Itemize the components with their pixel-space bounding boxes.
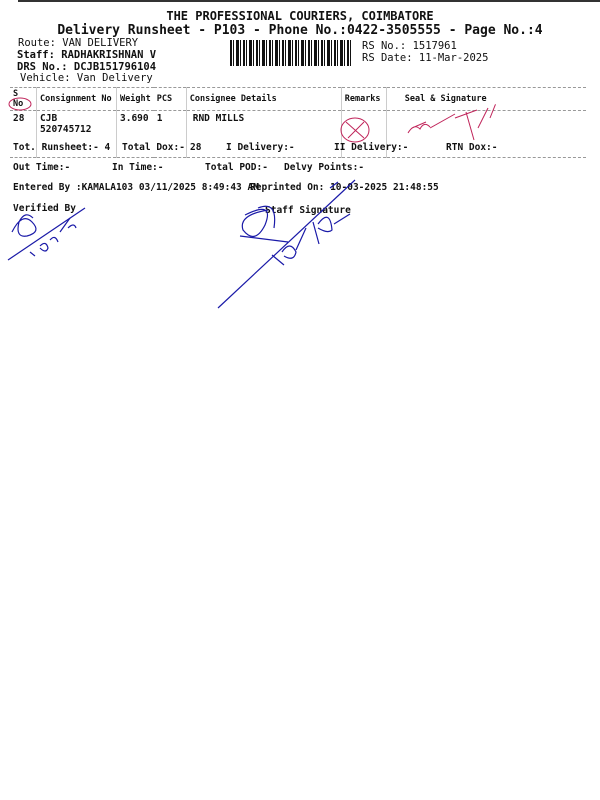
handwritten-ink-icon [0, 0, 600, 800]
